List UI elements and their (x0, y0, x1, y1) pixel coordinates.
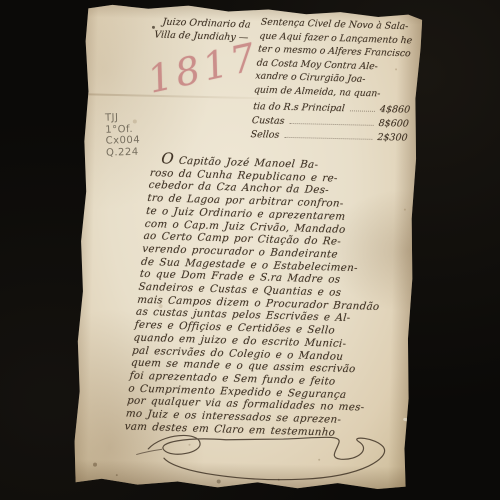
ledger-amount: 4$860 (379, 103, 411, 117)
dot-leader (284, 135, 372, 139)
ledger-amount: 2$300 (377, 131, 409, 145)
pencil-line: Q.224 (106, 146, 141, 159)
ledger: tia do R.s Principal 4$860 Custas 8$600 … (250, 100, 411, 145)
photo-background: 1817 TJJ1°Of.Cx004Q.224 Juizo Ordinario … (0, 0, 500, 500)
ledger-row: Sellos 2$300 (250, 128, 408, 145)
body-text: O Capitão Jozé Manoel Ba-roso da Cunha R… (124, 152, 394, 440)
ledger-label: Sellos (250, 128, 280, 142)
header-block: Juizo Ordinario daVilla de Jundiahy — (161, 16, 252, 45)
signature-flourish (134, 427, 393, 491)
header-line: Villa de Jundiahy — (154, 28, 250, 44)
paper-specks (78, 1, 80, 3)
ledger-label: Custas (251, 114, 285, 129)
manuscript-paper: 1817 TJJ1°Of.Cx004Q.224 Juizo Ordinario … (68, 1, 425, 493)
ledger-amount: 8$600 (378, 117, 410, 131)
dot-leader (350, 109, 375, 112)
sentence-summary-block: Sentença Civel de Novo à Sala-que Aqui f… (253, 16, 414, 102)
paper-fiber (403, 418, 416, 423)
archival-pencil-note: TJJ1°Of.Cx004Q.224 (105, 112, 141, 159)
dot-leader (289, 122, 373, 126)
pencil-line: Cx004 (106, 135, 141, 148)
